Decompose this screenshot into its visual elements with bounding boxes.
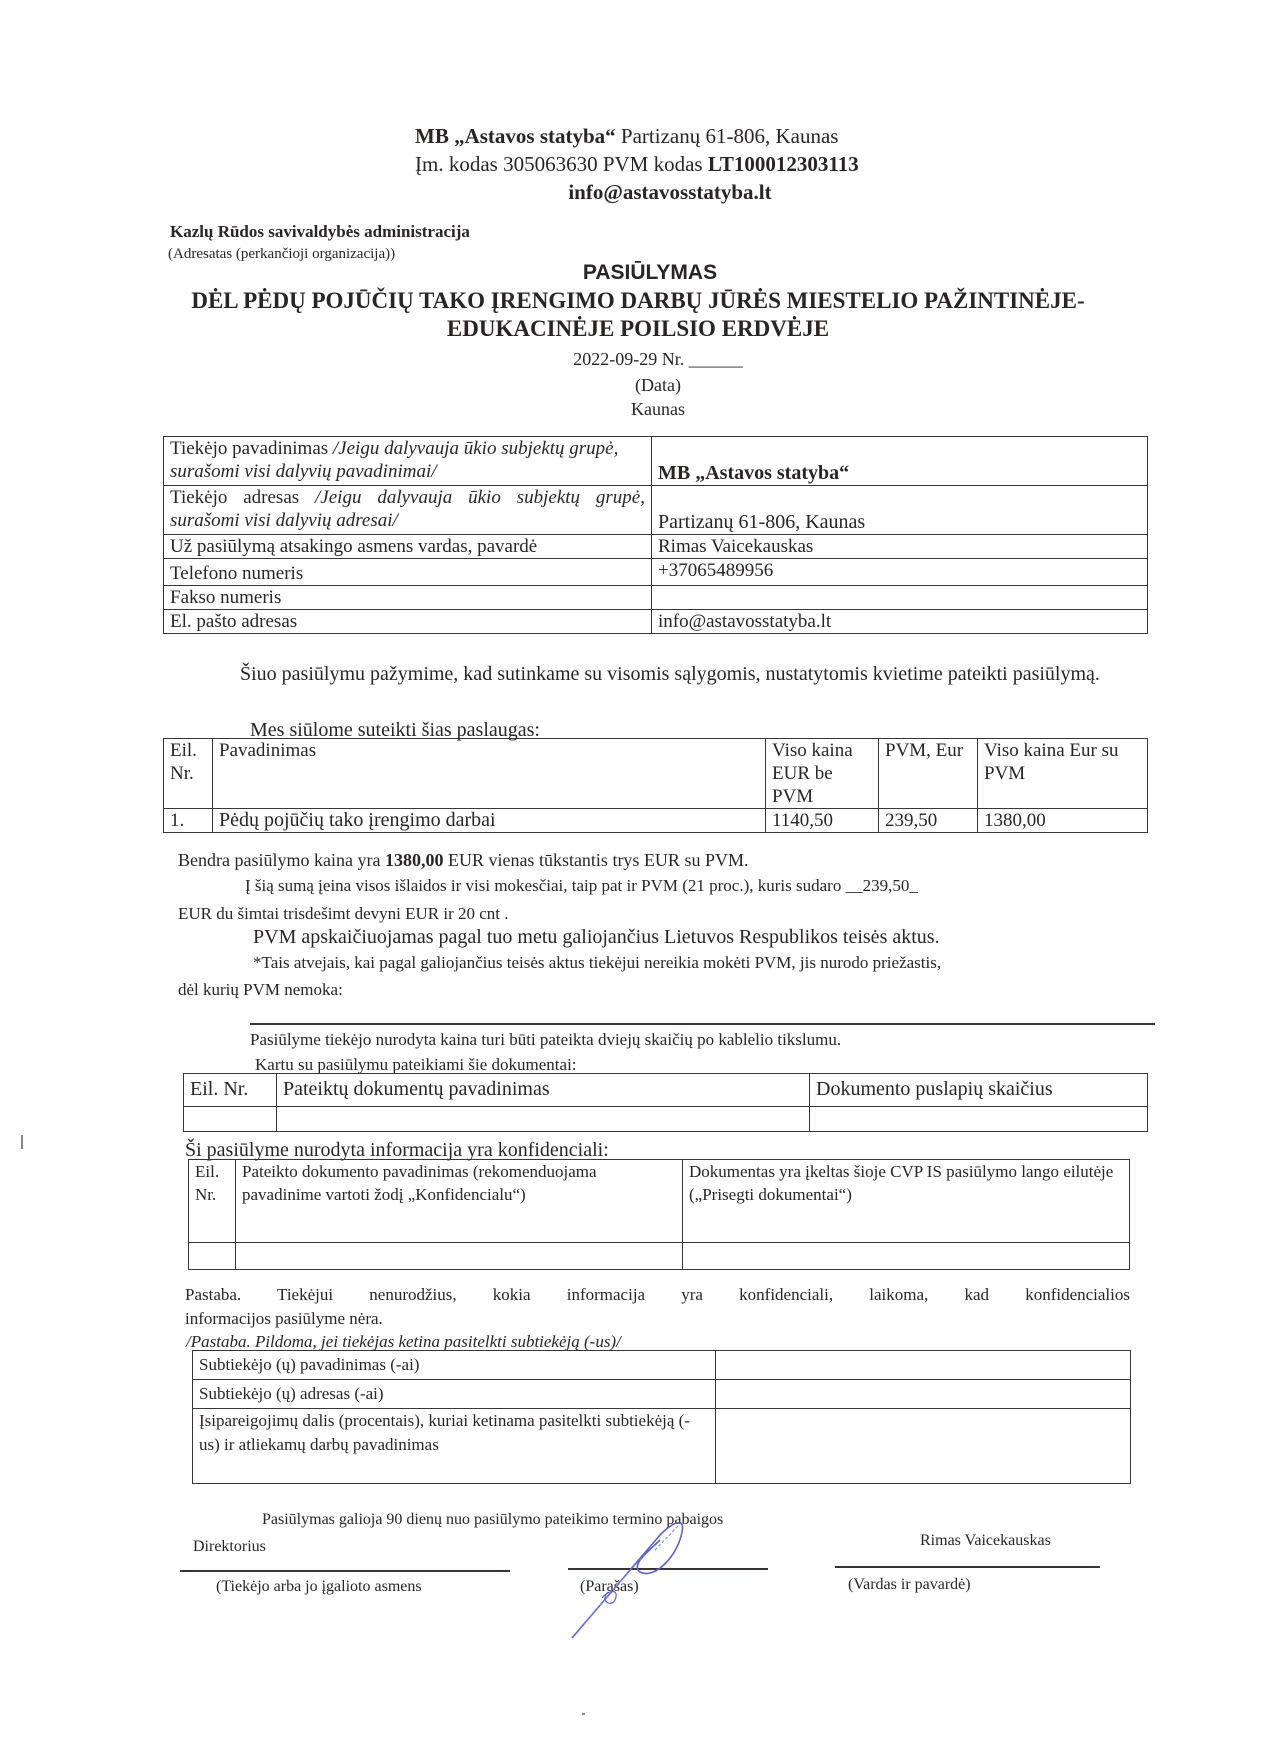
name-caption: (Vardas ir pavardė) <box>848 1576 971 1594</box>
scan-speck <box>582 1713 585 1715</box>
document-subtitle-line-2: EDUKACINĖJE POILSIO ERDVĖJE <box>0 314 1276 344</box>
row-price-ex-vat: 1140,50 <box>766 809 879 833</box>
phone-value: +37065489956 <box>652 559 1148 586</box>
col-header-uploaded: Dokumentas yra įkeltas šioje CVP IS pasi… <box>683 1160 1130 1243</box>
subcontractor-address-label: Subtiekėjo (ų) adresas (-ai) <box>193 1380 716 1409</box>
row-vat: 239,50 <box>879 809 978 833</box>
documents-table: Eil. Nr. Pateiktų dokumentų pavadinimas … <box>183 1073 1148 1132</box>
no-vat-line-2: dėl kurių PVM nemoka: <box>178 978 343 1002</box>
col-header-no: Eil. Nr. <box>164 739 213 809</box>
doc-no-cell[interactable] <box>184 1107 277 1132</box>
doc-name-cell[interactable] <box>277 1107 810 1132</box>
table-row: Telefono numeris +37065489956 <box>164 559 1148 586</box>
no-vat-reason-line <box>250 1023 1155 1025</box>
no-vat-line-1: *Tais atvejais, kai pagal galiojančius t… <box>253 951 941 975</box>
subcontractor-table: Subtiekėjo (ų) pavadinimas (-ai) Subtiek… <box>192 1350 1131 1484</box>
total-price-text: Bendra pasiūlymo kaina yra 1380,00 EUR v… <box>178 848 748 872</box>
supplier-name-value: MB „Astavos statyba“ <box>652 437 1148 486</box>
table-row: Subtiekėjo (ų) adresas (-ai) <box>193 1380 1131 1409</box>
addressee-name: Kazlų Rūdos savivaldybės administracija <box>170 222 470 242</box>
table-row <box>184 1107 1148 1132</box>
confidential-table: Eil. Nr. Pateikto dokumento pavadinimas … <box>188 1159 1130 1270</box>
subcontractor-address-value[interactable] <box>716 1380 1131 1409</box>
subcontractor-share-value[interactable] <box>716 1409 1131 1484</box>
col-header-doc-name: Pateiktų dokumentų pavadinimas <box>277 1074 810 1107</box>
scan-speck <box>21 1135 23 1149</box>
letterhead-line-1: MB „Astavos statyba“ Partizanų 61-806, K… <box>415 122 915 150</box>
date-line: 2022-09-29 Nr. ______ <box>20 346 1276 372</box>
services-table: Eil. Nr. Pavadinimas Viso kaina EUR be P… <box>163 738 1148 833</box>
supplier-info-table: Tiekėjo pavadinimas /Jeigu dalyvauja ūki… <box>163 436 1148 634</box>
table-row: Įsipareigojimų dalis (procentais), kuria… <box>193 1409 1131 1484</box>
row-price-inc-vat: 1380,00 <box>978 809 1148 833</box>
table-row: Tiekėjo adresas /Jeigu dalyvauja ūkio su… <box>164 486 1148 535</box>
subcontractor-share-label: Įsipareigojimų dalis (procentais), kuria… <box>193 1409 716 1484</box>
name-signature-line <box>835 1566 1100 1568</box>
phone-label: Telefono numeris <box>164 559 652 586</box>
fax-value <box>652 586 1148 610</box>
letterhead-line-2: Įm. kodas 305063630 PVM kodas LT10001230… <box>415 150 915 178</box>
col-header-no: Eil. Nr. <box>184 1074 277 1107</box>
letterhead: MB „Astavos statyba“ Partizanų 61-806, K… <box>415 122 915 206</box>
table-row: Subtiekėjo (ų) pavadinimas (-ai) <box>193 1351 1131 1380</box>
company-email: info@astavosstatyba.lt <box>415 178 915 206</box>
company-codes: Įm. kodas 305063630 PVM kodas <box>415 152 708 176</box>
supplier-address-value: Partizanų 61-806, Kaunas <box>652 486 1148 535</box>
vat-law-text: PVM apskaičiuojamas pagal tuo metu galio… <box>253 925 940 949</box>
confidential-note: Pastaba. Tiekėjui nenurodžius, kokia inf… <box>185 1283 1130 1331</box>
col-header-name: Pavadinimas <box>213 739 766 809</box>
responsible-person-value: Rimas Vaicekauskas <box>652 535 1148 559</box>
precision-note: Pasiūlyme tiekėjo nurodyta kaina turi bū… <box>250 1028 841 1052</box>
place: Kaunas <box>20 396 1276 422</box>
fax-label: Fakso numeris <box>164 586 652 610</box>
col-header-doc-name: Pateikto dokumento pavadinimas (rekomend… <box>236 1160 683 1243</box>
col-header-price-ex-vat: Viso kaina EUR be PVM <box>766 739 879 809</box>
handwritten-signature-icon <box>560 1510 740 1650</box>
vat-included-line-2: EUR du šimtai trisdešimt devyni EUR ir 2… <box>178 902 509 926</box>
table-row: Už pasiūlymą atsakingo asmens vardas, pa… <box>164 535 1148 559</box>
subcontractor-name-value[interactable] <box>716 1351 1131 1380</box>
company-name: MB „Astavos statyba“ <box>415 124 616 148</box>
doc-pages-cell[interactable] <box>810 1107 1148 1132</box>
email-value: info@astavosstatyba.lt <box>652 610 1148 634</box>
vat-code: LT100012303113 <box>708 152 859 176</box>
company-address: Partizanų 61-806, Kaunas <box>616 124 839 148</box>
signer-name: Rimas Vaicekauskas <box>920 1532 1051 1550</box>
document-subtitle-line-1: DĖL PĖDŲ POJŪČIŲ TAKO ĮRENGIMO DARBŲ JŪR… <box>0 286 1276 316</box>
table-row: El. pašto adresas info@astavosstatyba.lt <box>164 610 1148 634</box>
table-row <box>189 1243 1130 1270</box>
table-header-row: Eil. Nr. Pateikto dokumento pavadinimas … <box>189 1160 1130 1243</box>
position-caption: (Tiekėjo arba jo įgalioto asmens <box>216 1578 422 1596</box>
position-signature-line <box>180 1570 510 1572</box>
table-header-row: Eil. Nr. Pateiktų dokumentų pavadinimas … <box>184 1074 1148 1107</box>
vat-included-line-1: Į šią sumą įeina visos išlaidos ir visi … <box>245 874 918 898</box>
subcontractor-name-label: Subtiekėjo (ų) pavadinimas (-ai) <box>193 1351 716 1380</box>
document-title: PASIŪLYMAS <box>12 260 1276 286</box>
row-name: Pėdų pojūčių tako įrengimo darbai <box>213 809 766 833</box>
col-header-no: Eil. Nr. <box>189 1160 236 1243</box>
table-row: 1. Pėdų pojūčių tako įrengimo darbai 114… <box>164 809 1148 833</box>
signer-position: Direktorius <box>193 1538 266 1556</box>
col-header-price-inc-vat: Viso kaina Eur su PVM <box>978 739 1148 809</box>
supplier-name-label: Tiekėjo pavadinimas /Jeigu dalyvauja ūki… <box>164 437 652 486</box>
responsible-person-label: Už pasiūlymą atsakingo asmens vardas, pa… <box>164 535 652 559</box>
supplier-address-label: Tiekėjo adresas /Jeigu dalyvauja ūkio su… <box>164 486 652 535</box>
row-no: 1. <box>164 809 213 833</box>
table-row: Tiekėjo pavadinimas /Jeigu dalyvauja ūki… <box>164 437 1148 486</box>
col-header-page-count: Dokumento puslapių skaičius <box>810 1074 1148 1107</box>
table-row: Fakso numeris <box>164 586 1148 610</box>
agreement-text: Šiuo pasiūlymu pažymime, kad sutinkame s… <box>176 660 1151 689</box>
date-caption: (Data) <box>20 372 1276 398</box>
email-label: El. pašto adresas <box>164 610 652 634</box>
table-header-row: Eil. Nr. Pavadinimas Viso kaina EUR be P… <box>164 739 1148 809</box>
col-header-vat: PVM, Eur <box>879 739 978 809</box>
conf-no-cell[interactable] <box>189 1243 236 1270</box>
conf-name-cell[interactable] <box>236 1243 683 1270</box>
conf-uploaded-cell[interactable] <box>683 1243 1130 1270</box>
